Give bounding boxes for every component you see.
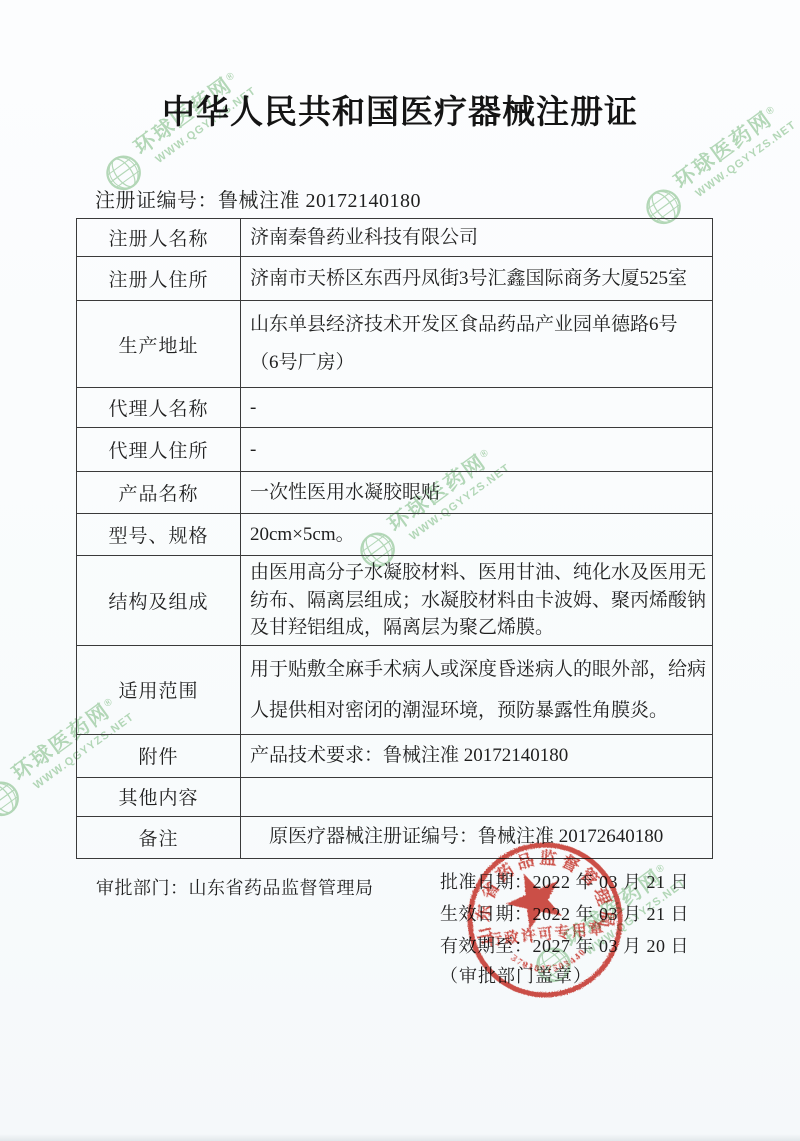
approval-dept-label: 审批部门： <box>96 878 189 898</box>
cert-number-value: 鲁械注准 20172140180 <box>218 190 421 212</box>
approval-dept: 审批部门：山东省药品监督管理局 <box>96 874 374 900</box>
row-label: 代理人住所 <box>77 428 241 472</box>
value-line: 产品技术要求：鲁械注准 20172140180 <box>250 743 708 769</box>
cert-number-label: 注册证编号： <box>95 190 218 212</box>
row-value <box>241 777 713 816</box>
table-row: 代理人名称 - <box>77 388 713 428</box>
table-row: 型号、规格 20cm×5cm。 <box>77 514 713 556</box>
globe-icon <box>0 772 28 825</box>
row-label: 产品名称 <box>77 472 241 514</box>
row-value: 一次性医用水凝胶眼贴 <box>241 472 713 514</box>
certificate-table: 注册人名称 济南秦鲁药业科技有限公司 注册人住所 济南市天桥区东西丹凤街3号汇鑫… <box>76 218 713 859</box>
row-label: 附件 <box>77 734 241 777</box>
table-row: 附件 产品技术要求：鲁械注准 20172140180 <box>77 734 713 777</box>
row-label: 其他内容 <box>77 777 241 816</box>
value-line: - <box>250 395 708 421</box>
row-value: - <box>241 428 713 472</box>
value-line: 由医用高分子水凝胶材料、医用甘油、纯化水及医用无 <box>250 559 708 587</box>
table-row: 代理人住所 - <box>77 428 713 472</box>
page-title: 中华人民共和国医疗器械注册证 <box>0 86 800 133</box>
row-value: 山东单县经济技术开发区食品药品产业园单德路6号 （6号厂房） <box>241 301 713 388</box>
value-line <box>250 792 708 802</box>
table-row: 生产地址 山东单县经济技术开发区食品药品产业园单德路6号 （6号厂房） <box>77 301 713 388</box>
row-value: 产品技术要求：鲁械注准 20172140180 <box>241 734 713 777</box>
value-line: 济南市天桥区东西丹凤街3号汇鑫国际商务大厦525室 <box>250 266 708 292</box>
row-label: 型号、规格 <box>77 514 241 556</box>
row-value: 由医用高分子水凝胶材料、医用甘油、纯化水及医用无 纺布、隔离层组成；水凝胶材料由… <box>241 556 713 646</box>
table-row: 产品名称 一次性医用水凝胶眼贴 <box>77 472 713 514</box>
official-seal: 山东省药品监督管理局 行政许可专用章 3701027503440 <box>445 820 645 1020</box>
table-row: 适用范围 用于贴敷全麻手术病人或深度昏迷病人的眼外部，给病 人提供相对密闭的潮湿… <box>77 645 713 734</box>
row-value: 20cm×5cm。 <box>241 514 713 556</box>
row-value: - <box>241 388 713 428</box>
registered-mark: ® <box>224 71 236 84</box>
row-label: 注册人名称 <box>77 219 241 257</box>
certificate-page: 环球医药网® WWW.QGYYZS.NET 环球医药网® WWW.QGYYZS.… <box>0 0 800 1141</box>
row-label: 代理人名称 <box>77 388 241 428</box>
row-value: 济南市天桥区东西丹凤街3号汇鑫国际商务大厦525室 <box>241 257 713 301</box>
approval-dept-value: 山东省药品监督管理局 <box>189 878 374 898</box>
value-line: 纺布、隔离层组成；水凝胶材料由卡波姆、聚丙烯酸钠 <box>250 587 708 615</box>
value-line: 一次性医用水凝胶眼贴 <box>250 480 708 506</box>
value-line: 20cm×5cm。 <box>250 522 708 548</box>
row-label: 备注 <box>77 816 241 858</box>
value-line: 济南秦鲁药业科技有限公司 <box>250 225 708 251</box>
value-line: - <box>250 437 708 463</box>
seal-caption: 行政许可专用章 <box>486 919 606 949</box>
row-label: 结构及组成 <box>77 556 241 646</box>
row-label: 适用范围 <box>77 645 241 734</box>
row-value: 用于贴敷全麻手术病人或深度昏迷病人的眼外部，给病 人提供相对密闭的潮湿环境，预防… <box>241 645 713 734</box>
value-line: 人提供相对密闭的潮湿环境，预防暴露性角膜炎。 <box>250 690 708 731</box>
row-value: 济南秦鲁药业科技有限公司 <box>241 219 713 257</box>
table-row: 其他内容 <box>77 777 713 816</box>
seal-code: 3701027503440 <box>508 946 591 979</box>
value-line: 山东单县经济技术开发区食品药品产业园单德路6号 <box>250 306 708 344</box>
table-row: 注册人住所 济南市天桥区东西丹凤街3号汇鑫国际商务大厦525室 <box>77 257 713 301</box>
row-label: 注册人住所 <box>77 257 241 301</box>
value-line: （6号厂房） <box>250 344 708 382</box>
value-line: 用于贴敷全麻手术病人或深度昏迷病人的眼外部，给病 <box>250 649 708 690</box>
table-row: 注册人名称 济南秦鲁药业科技有限公司 <box>77 219 713 257</box>
value-line: 及甘羟铝组成，隔离层为聚乙烯膜。 <box>250 614 708 642</box>
row-label: 生产地址 <box>77 301 241 388</box>
cert-number-line: 注册证编号：鲁械注准 20172140180 <box>95 184 421 213</box>
table-row: 结构及组成 由医用高分子水凝胶材料、医用甘油、纯化水及医用无 纺布、隔离层组成；… <box>77 556 713 646</box>
